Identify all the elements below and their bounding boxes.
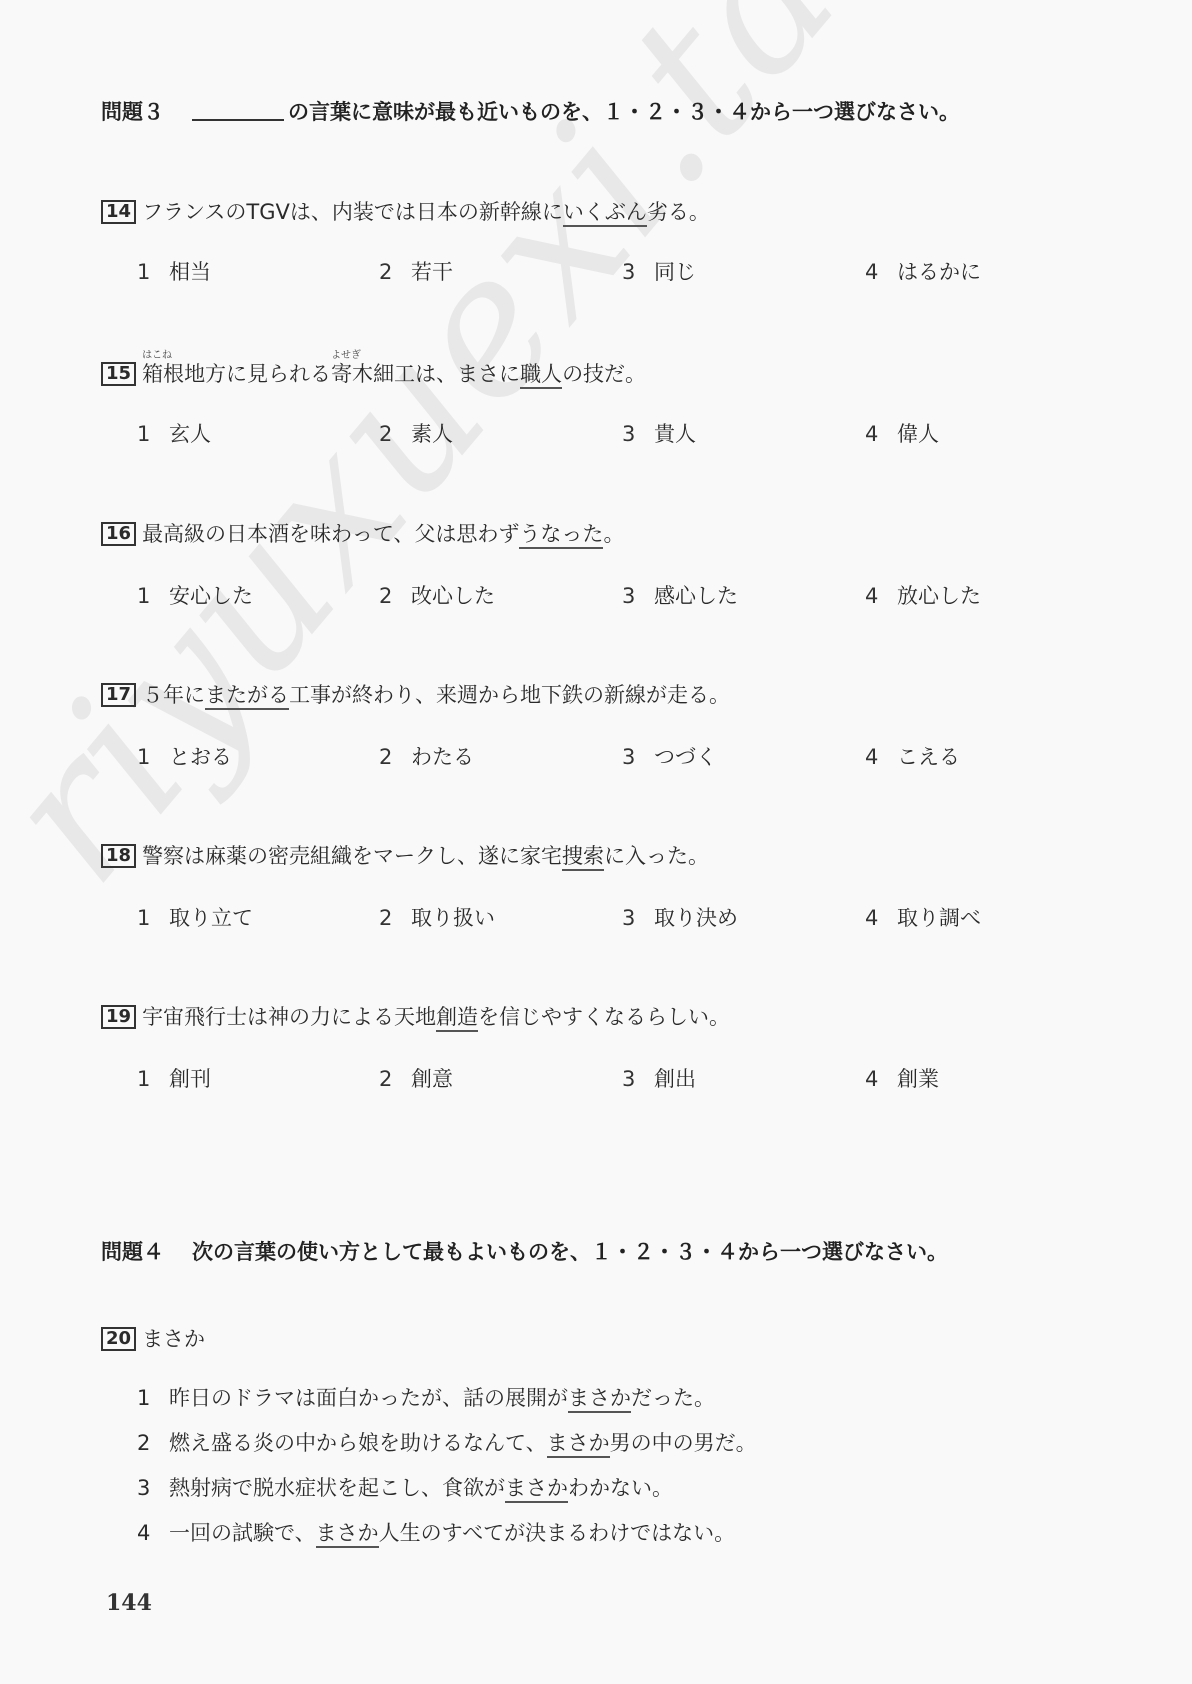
- ruby-base: 箱根: [142, 362, 184, 386]
- option-label: 取り立て: [169, 906, 253, 930]
- option-number: 4: [865, 584, 897, 608]
- option-label: つづく: [654, 745, 717, 769]
- underlined-target: まさか: [316, 1521, 379, 1548]
- option-number: 1: [137, 422, 169, 446]
- option-2[interactable]: 2創意: [379, 1063, 453, 1093]
- option-number: 3: [622, 1067, 654, 1091]
- furigana: はこね: [142, 346, 172, 361]
- option-4[interactable]: 4取り調べ: [865, 902, 981, 932]
- option-2[interactable]: 2若干: [379, 256, 453, 286]
- option-number: 3: [622, 260, 654, 284]
- option-text: 熱射病で脱水症状を起こし、食欲が: [169, 1476, 505, 1500]
- ruby-base: 寄木: [331, 362, 373, 386]
- option-4[interactable]: 4偉人: [865, 418, 939, 448]
- option-label: 取り調べ: [897, 906, 981, 930]
- option-1[interactable]: 1玄人: [137, 418, 211, 448]
- option-2[interactable]: 2改心した: [379, 580, 495, 610]
- option-3[interactable]: 3感心した: [622, 580, 738, 610]
- option-4[interactable]: 4放心した: [865, 580, 981, 610]
- question-20: 20まさか: [101, 1323, 205, 1353]
- furigana: よせぎ: [331, 346, 361, 361]
- option-3[interactable]: 3同じ: [622, 256, 696, 286]
- option-number: 4: [137, 1521, 169, 1545]
- option-label: 放心した: [897, 584, 981, 608]
- option-number: 4: [865, 260, 897, 284]
- option-label: 取り決め: [654, 906, 738, 930]
- option-label: こえる: [897, 745, 960, 769]
- option-3[interactable]: 3つづく: [622, 741, 717, 771]
- option-number: 2: [137, 1431, 169, 1455]
- option-label: 相当: [169, 260, 211, 284]
- options-17: 1とおる 2わたる 3つづく 4こえる: [137, 741, 1037, 769]
- question-text: 宇宙飛行士は神の力による天地: [142, 1005, 436, 1029]
- question-text-end: の技だ。: [562, 362, 646, 386]
- option-4[interactable]: 4創業: [865, 1063, 939, 1093]
- question-number: 17: [101, 683, 136, 707]
- option-number: 3: [622, 906, 654, 930]
- question-15: 15はこね箱根地方に見られるよせぎ寄木細工は、まさに職人の技だ。: [101, 358, 646, 388]
- question-text: ５年に: [142, 683, 205, 707]
- question-text: 最高級の日本酒を味わって、父は思わず: [142, 522, 519, 546]
- question-text: 細工は、まさに: [373, 362, 520, 386]
- section3-label: 問題３: [101, 100, 164, 124]
- usage-option-3[interactable]: 3熱射病で脱水症状を起こし、食欲がまさかわかない。: [137, 1472, 757, 1517]
- question-text-end: を信じやすくなるらしい。: [478, 1005, 730, 1029]
- option-number: 3: [622, 584, 654, 608]
- option-label: 感心した: [654, 584, 738, 608]
- usage-option-2[interactable]: 2燃え盛る炎の中から娘を助けるなんて、まさか男の中の男だ。: [137, 1427, 757, 1472]
- underlined-target: まさか: [505, 1476, 568, 1503]
- option-1[interactable]: 1創刊: [137, 1063, 211, 1093]
- underlined-target: まさか: [568, 1386, 631, 1413]
- option-label: 改心した: [411, 584, 495, 608]
- option-label: 創意: [411, 1067, 453, 1091]
- option-4[interactable]: 4こえる: [865, 741, 960, 771]
- section4-instruction: 次の言葉の使い方として最もよいものを、１・２・３・４から一つ選びなさい。: [192, 1240, 948, 1264]
- question-number: 18: [101, 844, 136, 868]
- usage-option-4[interactable]: 4一回の試験で、まさか人生のすべてが決まるわけではない。: [137, 1517, 757, 1562]
- question-text-end: 劣る。: [647, 200, 710, 224]
- ruby-yosegi: よせぎ寄木: [331, 358, 373, 388]
- option-label: 偉人: [897, 422, 939, 446]
- underlined-target: まさか: [547, 1431, 610, 1458]
- option-number: 4: [865, 906, 897, 930]
- option-1[interactable]: 1とおる: [137, 741, 232, 771]
- option-text-end: だった。: [631, 1386, 715, 1410]
- usage-option-1[interactable]: 1昨日のドラマは面白かったが、話の展開がまさかだった。: [137, 1382, 757, 1427]
- option-3[interactable]: 3取り決め: [622, 902, 738, 932]
- option-label: 貴人: [654, 422, 696, 446]
- options-14: 1相当 2若干 3同じ 4はるかに: [137, 256, 1037, 284]
- question-text-end: に入った。: [604, 844, 709, 868]
- option-2[interactable]: 2取り扱い: [379, 902, 495, 932]
- option-2[interactable]: 2わたる: [379, 741, 474, 771]
- question-19: 19宇宙飛行士は神の力による天地創造を信じやすくなるらしい。: [101, 1001, 730, 1031]
- options-15: 1玄人 2素人 3貴人 4偉人: [137, 418, 1037, 446]
- question-text-end: 工事が終わり、来週から地下鉄の新線が走る。: [289, 683, 730, 707]
- watermark-text: riyuxuexi.taobao.com: [0, 0, 1192, 922]
- page-number: 144: [106, 1590, 152, 1616]
- question-number: 15: [101, 362, 136, 386]
- underlined-target: またがる: [205, 683, 289, 710]
- option-2[interactable]: 2素人: [379, 418, 453, 448]
- section4-heading: 問題４次の言葉の使い方として最もよいものを、１・２・３・４から一つ選びなさい。: [101, 1236, 948, 1266]
- option-number: 1: [137, 906, 169, 930]
- option-label: 若干: [411, 260, 453, 284]
- usage-options: 1昨日のドラマは面白かったが、話の展開がまさかだった。 2燃え盛る炎の中から娘を…: [137, 1382, 757, 1562]
- question-number: 19: [101, 1005, 136, 1029]
- question-number: 20: [101, 1327, 136, 1351]
- option-label: 取り扱い: [411, 906, 495, 930]
- option-label: 創刊: [169, 1067, 211, 1091]
- question-text-end: 。: [603, 522, 624, 546]
- question-18: 18警察は麻薬の密売組織をマークし、遂に家宅捜索に入った。: [101, 840, 709, 870]
- option-number: 2: [379, 584, 411, 608]
- question-text: 地方に見られる: [184, 362, 331, 386]
- option-number: 3: [137, 1476, 169, 1500]
- option-text-end: 男の中の男だ。: [610, 1431, 757, 1455]
- question-16: 16最高級の日本酒を味わって、父は思わずうなった。: [101, 518, 624, 548]
- underlined-target: 捜索: [562, 844, 604, 871]
- question-text: 警察は麻薬の密売組織をマークし、遂に家宅: [142, 844, 562, 868]
- ruby-hakone: はこね箱根: [142, 358, 184, 388]
- question-number: 16: [101, 522, 136, 546]
- option-label: 創出: [654, 1067, 696, 1091]
- option-number: 2: [379, 1067, 411, 1091]
- option-number: 1: [137, 260, 169, 284]
- target-word: まさか: [142, 1327, 205, 1351]
- option-label: 玄人: [169, 422, 211, 446]
- option-text-end: わかない。: [568, 1476, 673, 1500]
- question-number: 14: [101, 200, 136, 224]
- option-label: わたる: [411, 745, 474, 769]
- option-label: 素人: [411, 422, 453, 446]
- underlined-target: 創造: [436, 1005, 478, 1032]
- section4-label: 問題４: [101, 1240, 164, 1264]
- option-3[interactable]: 3貴人: [622, 418, 696, 448]
- option-4[interactable]: 4はるかに: [865, 256, 981, 286]
- section3-heading: 問題３の言葉に意味が最も近いものを、１・２・３・４から一つ選びなさい。: [101, 96, 960, 126]
- question-14: 14フランスのTGVは、内装では日本の新幹線にいくぶん劣る。: [101, 196, 710, 226]
- option-label: 創業: [897, 1067, 939, 1091]
- option-number: 2: [379, 906, 411, 930]
- option-text-end: 人生のすべてが決まるわけではない。: [379, 1521, 736, 1545]
- option-3[interactable]: 3創出: [622, 1063, 696, 1093]
- option-number: 3: [622, 422, 654, 446]
- option-label: 安心した: [169, 584, 253, 608]
- option-1[interactable]: 1安心した: [137, 580, 253, 610]
- option-number: 1: [137, 584, 169, 608]
- option-label: 同じ: [654, 260, 696, 284]
- option-number: 2: [379, 260, 411, 284]
- option-number: 3: [622, 745, 654, 769]
- underline-blank: [192, 119, 284, 121]
- option-text: 燃え盛る炎の中から娘を助けるなんて、: [169, 1431, 547, 1455]
- options-19: 1創刊 2創意 3創出 4創業: [137, 1063, 1037, 1091]
- options-18: 1取り立て 2取り扱い 3取り決め 4取り調べ: [137, 902, 1037, 930]
- option-number: 4: [865, 422, 897, 446]
- option-number: 1: [137, 745, 169, 769]
- option-text: 昨日のドラマは面白かったが、話の展開が: [169, 1386, 568, 1410]
- option-number: 1: [137, 1386, 169, 1410]
- section3-instruction: の言葉に意味が最も近いものを、１・２・３・４から一つ選びなさい。: [288, 100, 960, 124]
- option-number: 4: [865, 1067, 897, 1091]
- option-number: 1: [137, 1067, 169, 1091]
- option-label: とおる: [169, 745, 232, 769]
- option-label: はるかに: [897, 260, 981, 284]
- question-text: フランスのTGVは、内装では日本の新幹線に: [142, 200, 563, 224]
- option-1[interactable]: 1相当: [137, 256, 211, 286]
- options-16: 1安心した 2改心した 3感心した 4放心した: [137, 580, 1037, 608]
- option-number: 2: [379, 745, 411, 769]
- option-number: 4: [865, 745, 897, 769]
- underlined-target: 職人: [520, 362, 562, 389]
- option-1[interactable]: 1取り立て: [137, 902, 253, 932]
- option-text: 一回の試験で、: [169, 1521, 316, 1545]
- underlined-target: うなった: [519, 522, 603, 549]
- option-number: 2: [379, 422, 411, 446]
- underlined-target: いくぶん: [563, 200, 647, 227]
- question-17: 17５年にまたがる工事が終わり、来週から地下鉄の新線が走る。: [101, 679, 730, 709]
